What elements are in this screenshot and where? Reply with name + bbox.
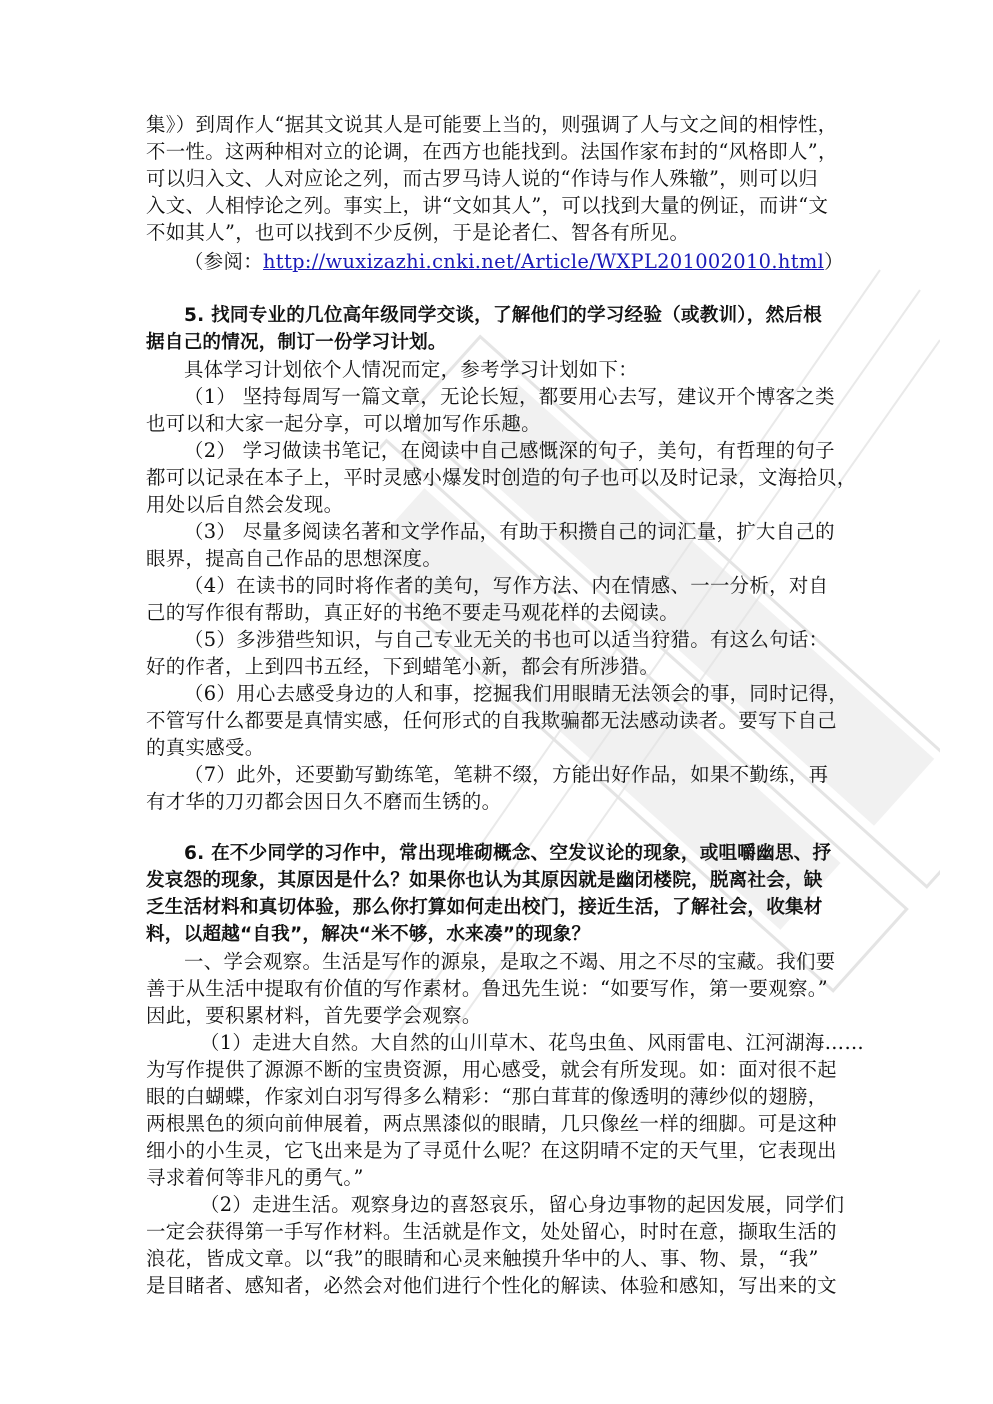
answer-6-paragraph-2: 两根黑色的须向前伸展着，两点黑漆似的眼睛，几只像丝一样的细脚。可是这种 xyxy=(146,1111,837,1137)
reference-line: （参阅：http://wuxizazhi.cnki.net/Article/WX… xyxy=(184,249,844,275)
reference-link[interactable]: http://wuxizazhi.cnki.net/Article/WXPL20… xyxy=(263,250,824,273)
plan-item-2: 都可以记录在本子上，平时灵感小爆发时创造的句子也可以及时记录，文海拾贝， xyxy=(146,465,857,491)
text-line: 可以归入文、人对应论之列，而古罗马诗人说的“作诗与作人殊辙”，则可以归 xyxy=(146,166,818,192)
text-line: 不如其人”，也可以找到不少反例，于是论者仁、智各有所见。 xyxy=(146,220,689,246)
answer-6-paragraph-3: 浪花，皆成文章。以“我”的眼睛和心灵来触摸升华中的人、事、物、景，“我” xyxy=(146,1246,819,1272)
plan-item-3: 眼界，提高自己作品的思想深度。 xyxy=(146,546,442,572)
question-5-heading: 5. 找同专业的几位高年级同学交谈，了解他们的学习经验（或教训），然后根 xyxy=(184,303,822,329)
reference-prefix: （参阅： xyxy=(184,250,263,273)
plan-item-4: （4）在读书的同时将作者的美句，写作方法、内在情感、一一分析，对自 xyxy=(184,573,828,599)
text-line: 集》）到周作人“据其文说其人是可能要上当的，则强调了人与文之间的相悖性， xyxy=(146,112,837,138)
reference-suffix: ） xyxy=(824,250,844,273)
plan-item-6: 不管写什么都要是真情实感，任何形式的自我欺骗都无法感动读者。要写下自己 xyxy=(146,708,837,734)
plan-item-2: （2） 学习做读书笔记，在阅读中自己感慨深的句子，美句，有哲理的句子 xyxy=(184,438,835,464)
question-5-heading: 据自己的情况，制订一份学习计划。 xyxy=(146,330,447,356)
answer-6-paragraph-3: 一定会获得第一手写作材料。生活就是作文，处处留心，时时在意，撷取生活的 xyxy=(146,1219,837,1245)
plan-item-2: 用处以后自然会发现。 xyxy=(146,492,343,518)
text-line: 入文、人相悖论之列。事实上，讲“文如其人”，可以找到大量的例证，而讲“文 xyxy=(146,193,828,219)
answer-6-paragraph-3: 是目睹者、感知者，必然会对他们进行个性化的解读、体验和感知，写出来的文 xyxy=(146,1273,837,1299)
answer-5-intro: 具体学习计划依个人情况而定，参考学习计划如下： xyxy=(184,357,638,383)
text-line: 不一性。这两种相对立的论调，在西方也能找到。法国作家布封的“风格即人”， xyxy=(146,139,838,165)
question-6-heading: 料，以超越“自我”，解决“米不够，水来凑”的现象？ xyxy=(146,922,590,948)
question-6-heading: 6. 在不少同学的习作中，常出现堆砌概念、空发议论的现象，或咀嚼幽思、抒 xyxy=(184,841,831,867)
plan-item-4: 己的写作很有帮助，真正好的书绝不要走马观花样的去阅读。 xyxy=(146,600,679,626)
answer-6-paragraph-2: （1）走进大自然。大自然的山川草木、花鸟虫鱼、风雨雷电、江河湖海…… xyxy=(200,1030,864,1056)
plan-item-3: （3） 尽量多阅读名著和文学作品，有助于积攒自己的词汇量，扩大自己的 xyxy=(184,519,835,545)
answer-6-paragraph-2: 细小的小生灵，它飞出来是为了寻觅什么呢？在这阴晴不定的天气里，它表现出 xyxy=(146,1138,837,1164)
plan-item-7: （7）此外，还要勤写勤练笔，笔耕不缀，方能出好作品，如果不勤练，再 xyxy=(184,762,828,788)
plan-item-1: （1） 坚持每周写一篇文章，无论长短，都要用心去写，建议开个博客之类 xyxy=(184,384,835,410)
question-6-heading: 发哀怨的现象，其原因是什么？如果你也认为其原因就是幽闭楼院，脱离社会，缺 xyxy=(146,868,823,894)
answer-6-paragraph-1: 因此，要积累材料，首先要学会观察。 xyxy=(146,1003,482,1029)
answer-6-paragraph-1: 一、学会观察。生活是写作的源泉，是取之不竭、用之不尽的宝藏。我们要 xyxy=(184,949,835,975)
answer-6-paragraph-1: 善于从生活中提取有价值的写作素材。鲁迅先生说：“如要写作，第一要观察。” xyxy=(146,976,828,1002)
plan-item-5: （5）多涉猎些知识，与自己专业无关的书也可以适当狩猎。有这么句话： xyxy=(184,627,828,653)
answer-6-paragraph-2: 为写作提供了源源不断的宝贵资源，用心感受，就会有所发现。如：面对很不起 xyxy=(146,1057,837,1083)
plan-item-6: （6）用心去感受身边的人和事，挖掘我们用眼睛无法领会的事，同时记得， xyxy=(184,681,848,707)
plan-item-5: 好的作者，上到四书五经，下到蜡笔小新，都会有所涉猎。 xyxy=(146,654,659,680)
plan-item-1: 也可以和大家一起分享，可以增加写作乐趣。 xyxy=(146,411,541,437)
answer-6-paragraph-2: 寻求着何等非凡的勇气。” xyxy=(146,1165,364,1191)
answer-6-paragraph-2: 眼的白蝴蝶，作家刘白羽写得多么精彩：“那白茸茸的像透明的薄纱似的翅膀， xyxy=(146,1084,827,1110)
plan-item-7: 有才华的刀刃都会因日久不磨而生锈的。 xyxy=(146,789,501,815)
plan-item-6: 的真实感受。 xyxy=(146,735,264,761)
answer-6-paragraph-3: （2）走进生活。观察身边的喜怒哀乐，留心身边事物的起因发展，同学们 xyxy=(200,1192,844,1218)
question-6-heading: 乏生活材料和真切体验，那么你打算如何走出校门，接近生活，了解社会，收集材 xyxy=(146,895,823,921)
